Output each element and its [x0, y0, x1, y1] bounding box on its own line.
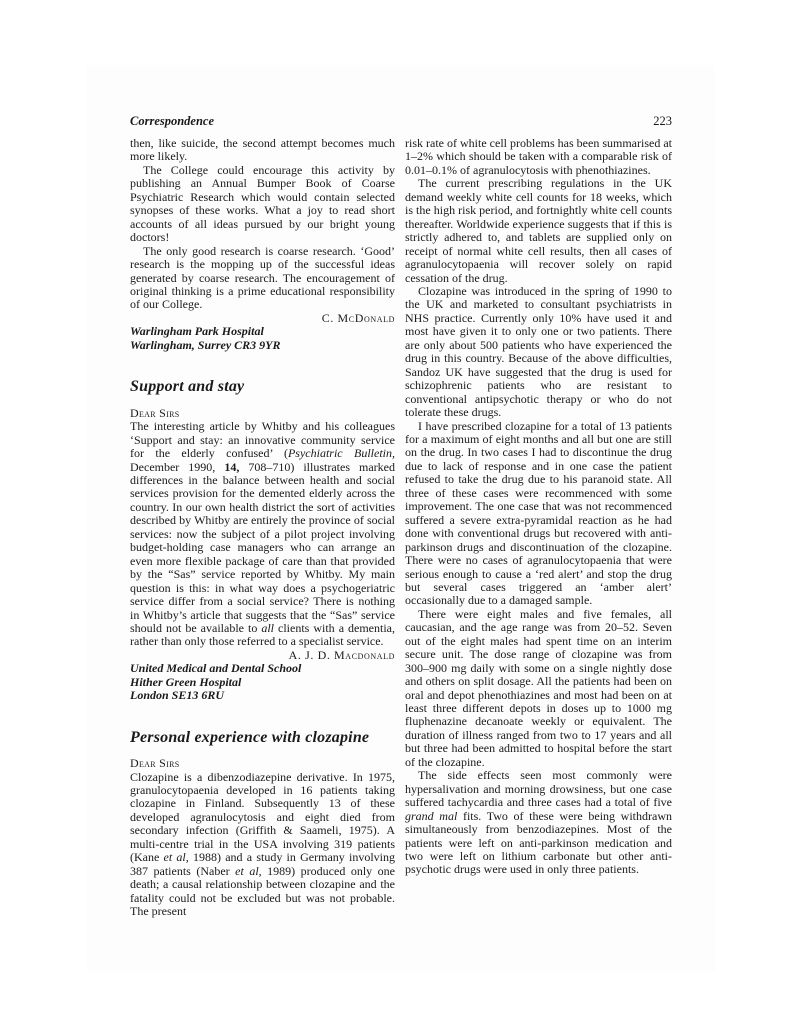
journal-page: Correspondence 223 then, like suicide, t… [87, 65, 715, 971]
letter-paragraph: The current prescribing regulations in t… [405, 177, 672, 285]
running-head-section-label: Correspondence [130, 114, 214, 129]
letter-paragraph: There were eight males and five females,… [405, 608, 672, 769]
salutation: Dear Sirs [130, 757, 395, 770]
italic-term: grand mal [405, 809, 457, 823]
letter-paragraph: Clozapine is a dibenzodiazepine derivati… [130, 771, 395, 919]
italic-term: et al, [164, 850, 189, 864]
author-address-line: Warlingham, Surrey CR3 9YR [130, 339, 395, 352]
running-head: Correspondence 223 [130, 114, 672, 129]
author-address-line: United Medical and Dental School [130, 662, 395, 675]
author-signature: A. J. D. Macdonald [130, 649, 395, 662]
two-column-text-body: then, like suicide, the second attempt b… [130, 137, 672, 919]
author-address-line: Hither Green Hospital [130, 676, 395, 689]
letter-paragraph: I have prescribed clozapine for a total … [405, 420, 672, 608]
left-column: then, like suicide, the second attempt b… [130, 137, 395, 919]
page-number: 223 [653, 114, 672, 129]
italic-term: Psychiatric Bulletin, [288, 446, 395, 460]
letter-paragraph: The side effects seen most commonly were… [405, 769, 672, 877]
author-signature: C. McDonald [130, 312, 395, 325]
letter-title: Personal experience with clozapine [130, 731, 395, 744]
letter-paragraph: The interesting article by Whitby and hi… [130, 420, 395, 649]
bold-citation-volume: 14, [224, 460, 239, 474]
right-column: risk rate of white cell problems has bee… [405, 137, 672, 919]
letter-paragraph: The only good research is coarse researc… [130, 245, 395, 312]
salutation: Dear Sirs [130, 407, 395, 420]
letter-title: Support and stay [130, 380, 395, 393]
author-address-line: London SE13 6RU [130, 689, 395, 702]
italic-term: et al, [235, 864, 262, 878]
letter-paragraph: risk rate of white cell problems has bee… [405, 137, 672, 177]
letter-paragraph: then, like suicide, the second attempt b… [130, 137, 395, 164]
italic-term: all [261, 621, 274, 635]
author-address-line: Warlingham Park Hospital [130, 325, 395, 338]
letter-paragraph: Clozapine was introduced in the spring o… [405, 285, 672, 420]
letter-paragraph: The College could encourage this activit… [130, 164, 395, 245]
